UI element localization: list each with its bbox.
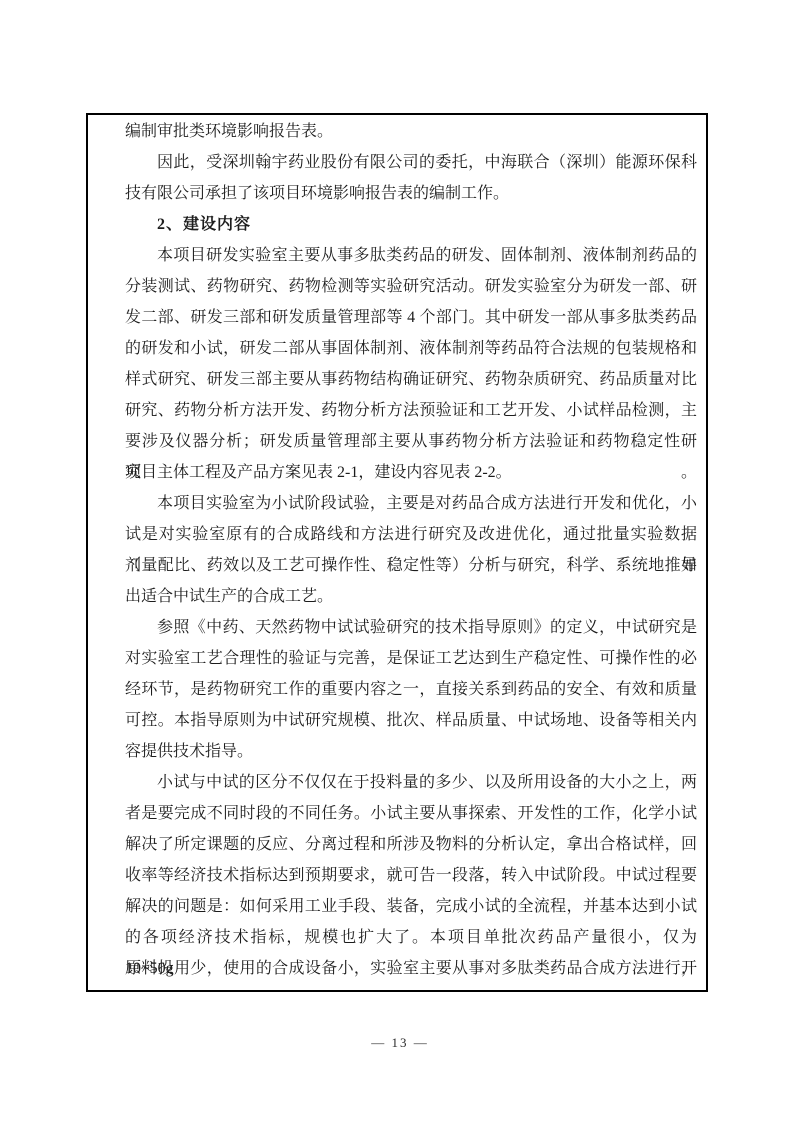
text-line: 对实验室工艺合理性的验证与完善，是保证工艺达到生产稳定性、可操作性的必	[125, 643, 697, 674]
text-line: 编制审批类环境影响报告表。	[125, 116, 697, 147]
text-line: 发二部、研发三部和研发质量管理部等 4 个部门。其中研发一部从事多肽类药品	[125, 302, 697, 333]
text-line: 参照《中药、天然药物中试试验研究的技术指导原则》的定义，中试研究是	[125, 612, 697, 643]
text-line: 样式研究、研发三部主要从事药物结构确证研究、药物杂质研究、药品质量对比	[125, 364, 697, 395]
document-page: 编制审批类环境影响报告表。因此，受深圳翰宇药业股份有限公司的委托，中海联合（深圳…	[0, 0, 800, 1131]
text-line: 容提供技术指导。	[125, 736, 697, 767]
text-line: 要涉及仪器分析；研发质量管理部主要从事药物分析方法验证和药物稳定性研究。	[125, 426, 697, 457]
text-line: 解决了所定课题的反应、分离过程和所涉及物料的分析认定，拿出合格试样，回	[125, 829, 697, 860]
section-heading: 2、建设内容	[125, 209, 697, 240]
text-line: 出适合中试生产的合成工艺。	[125, 581, 697, 612]
text-line: 者是要完成不同时段的不同任务。小试主要从事探索、开发性的工作，化学小试	[125, 798, 697, 829]
report-form-border: 编制审批类环境影响报告表。因此，受深圳翰宇药业股份有限公司的委托，中海联合（深圳…	[86, 113, 708, 992]
text-line: 本项目研发实验室主要从事多肽类药品的研发、固体制剂、液体制剂药品的	[125, 240, 697, 271]
text-line: 可控。本指导原则为中试研究规模、批次、样品质量、中试场地、设备等相关内	[125, 705, 697, 736]
text-line: 原料投用少，使用的合成设备小，实验室主要从事对多肽类药品合成方法进行开	[125, 953, 697, 984]
text-line: 剂量配比、药效以及工艺可操作性、稳定性等）分析与研究，科学、系统地推导	[125, 550, 697, 581]
text-line: 经环节，是药物研究工作的重要内容之一，直接关系到药品的安全、有效和质量	[125, 674, 697, 705]
report-body-text: 编制审批类环境影响报告表。因此，受深圳翰宇药业股份有限公司的委托，中海联合（深圳…	[125, 116, 697, 984]
text-line: 本项目实验室为小试阶段试验，主要是对药品合成方法进行开发和优化，小	[125, 488, 697, 519]
text-line: 小试与中试的区分不仅仅在于投料量的多少、以及所用设备的大小之上，两	[125, 767, 697, 798]
text-line: 研究、药物分析方法开发、药物分析方法预验证和工艺开发、小试样品检测，主	[125, 395, 697, 426]
text-line: 的各项经济技术指标，规模也扩大了。本项目单批次药品产量很小，仅为10~50g，	[125, 922, 697, 953]
text-line: 分装测试、药物研究、药物检测等实验研究活动。研发实验室分为研发一部、研	[125, 271, 697, 302]
text-line: 的研发和小试，研发二部从事固体制剂、液体制剂等药品符合法规的包装规格和	[125, 333, 697, 364]
text-line: 解决的问题是：如何采用工业手段、装备，完成小试的全流程，并基本达到小试	[125, 891, 697, 922]
page-number: — 13 —	[0, 1035, 800, 1051]
text-line: 因此，受深圳翰宇药业股份有限公司的委托，中海联合（深圳）能源环保科	[125, 147, 697, 178]
text-line: 技有限公司承担了该项目环境影响报告表的编制工作。	[125, 178, 697, 209]
text-line: 收率等经济技术指标达到预期要求，就可告一段落，转入中试阶段。中试过程要	[125, 860, 697, 891]
text-line: 试是对实验室原有的合成路线和方法进行研究及改进优化，通过批量实验数据（如	[125, 519, 697, 550]
